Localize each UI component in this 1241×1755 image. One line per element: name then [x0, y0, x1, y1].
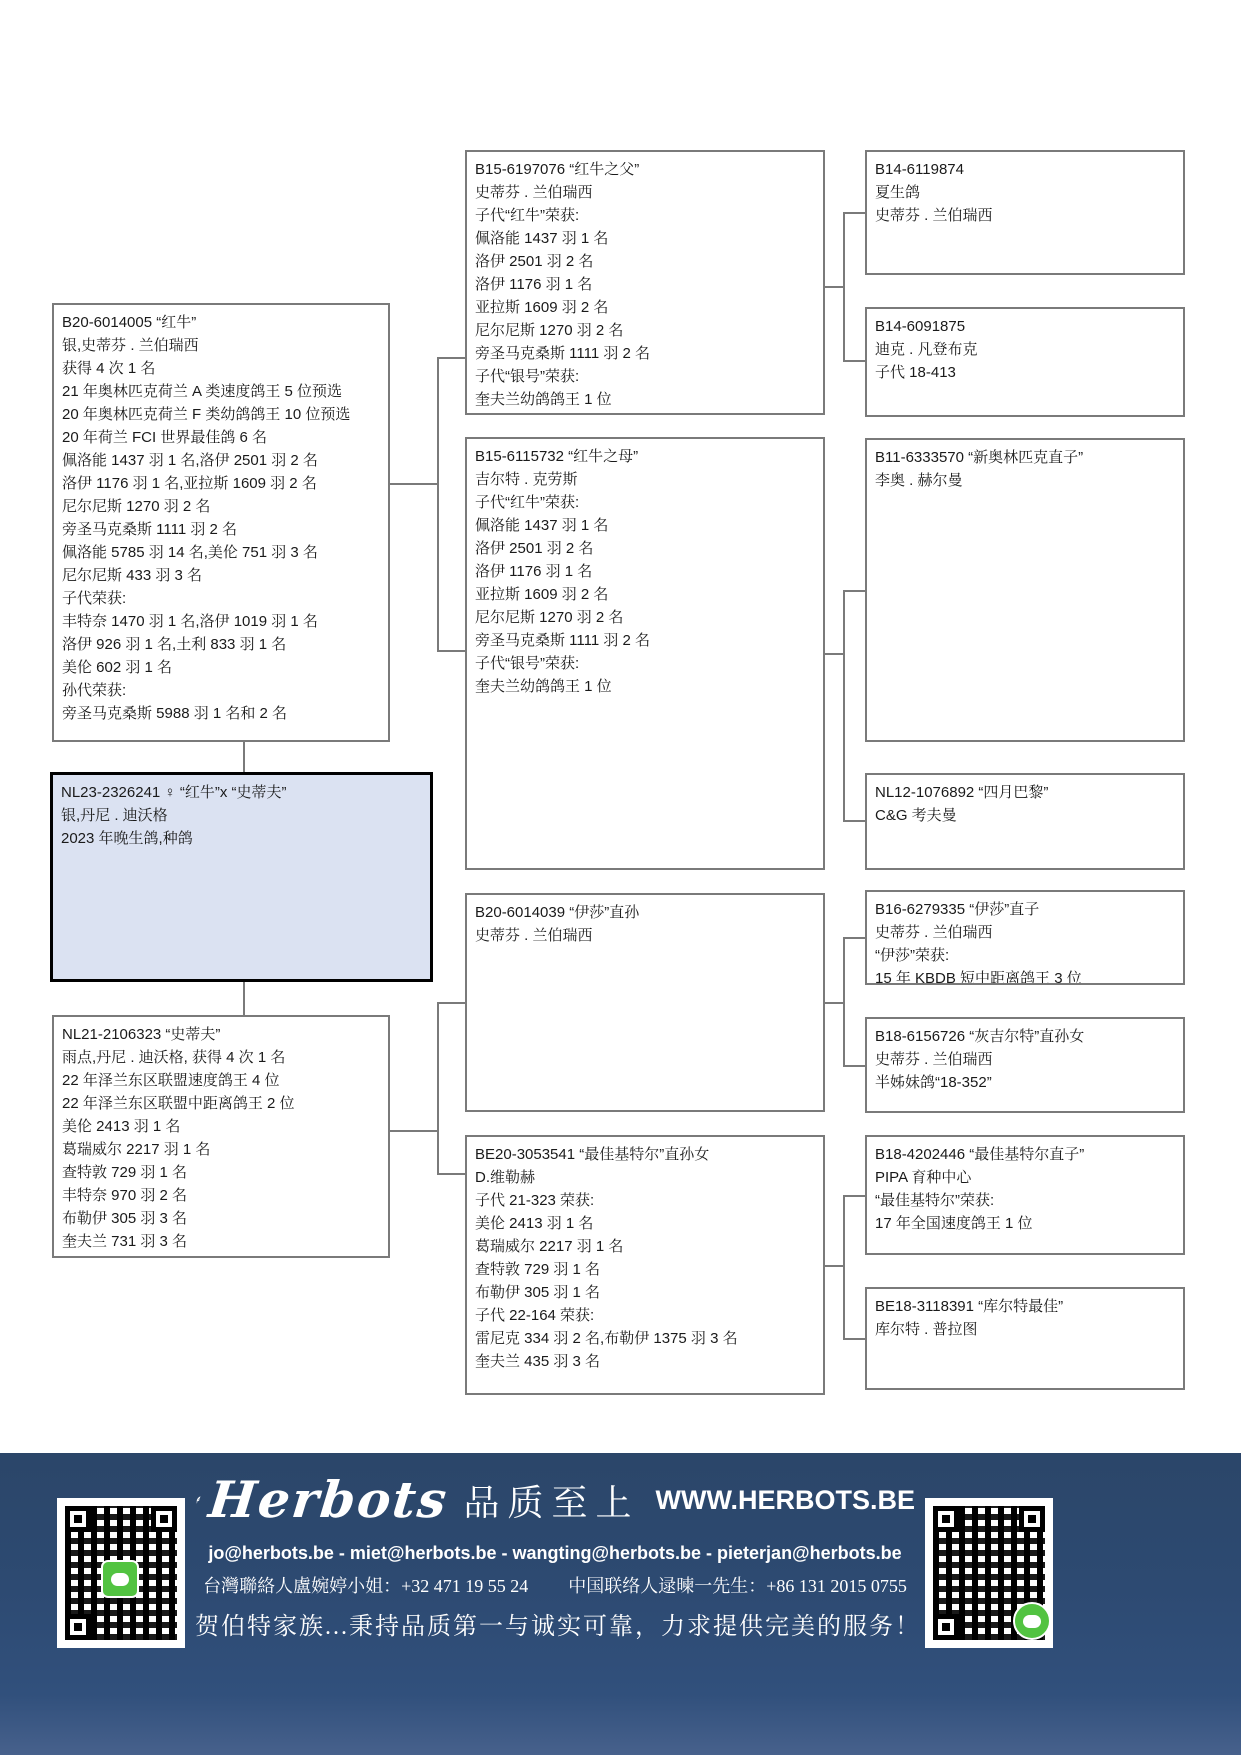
connector-line	[843, 1065, 865, 1067]
box-B11-6333570: B11-6333570 “新奥林匹克直子”李奥 . 赫尔曼	[865, 438, 1185, 742]
brand-slogan-cn: 品质至上	[464, 1475, 640, 1526]
email-addresses: jo@herbots.be - miet@herbots.be - wangti…	[195, 1543, 915, 1564]
connector-line	[843, 590, 845, 820]
box-B18-4202446: B18-4202446 “最佳基特尔直子”PIPA 育种中心“最佳基特尔”荣获:…	[865, 1135, 1185, 1255]
herbots-logo: Herbots	[206, 1475, 450, 1525]
box-subject-NL23-2326241: NL23-2326241 ♀ “红牛”x “史蒂夫”银,丹尼 . 迪沃格2023…	[50, 772, 433, 982]
box-BE20-3053541: BE20-3053541 “最佳基特尔”直孙女D.维勒赫子代 21-323 荣获…	[465, 1135, 825, 1395]
qr-finder-icon	[65, 1506, 91, 1532]
connector-line	[437, 1173, 465, 1175]
box-B20-6014005: B20-6014005 “红牛”银,史蒂芬 . 兰伯瑞西获得 4 次 1 名21…	[52, 303, 390, 742]
box-B14-6091875: B14-6091875迪克 . 凡登布克子代 18-413	[865, 307, 1185, 417]
pedigree-chart: B20-6014005 “红牛”银,史蒂芬 . 兰伯瑞西获得 4 次 1 名21…	[0, 0, 1241, 1755]
connector-line	[843, 1338, 865, 1340]
qr-code-icon	[925, 1498, 1053, 1648]
box-NL21-2106323: NL21-2106323 “史蒂夫”雨点,丹尼 . 迪沃格, 获得 4 次 1 …	[52, 1015, 390, 1258]
qr-code-icon	[57, 1498, 185, 1648]
connector-line	[437, 357, 439, 650]
connector-line	[437, 357, 465, 359]
connector-line	[843, 937, 845, 1065]
connector-line	[243, 742, 245, 772]
contact-taiwan: 台灣聯絡人盧婉婷小姐：+32 471 19 55 24	[203, 1572, 528, 1598]
connector-line	[243, 982, 245, 1015]
box-B20-6014039: B20-6014039 “伊莎”直孙史蒂芬 . 兰伯瑞西	[465, 893, 825, 1112]
box-B15-6115732: B15-6115732 “红牛之母”吉尔特 . 克劳斯子代“红牛”荣获:佩洛能 …	[465, 437, 825, 870]
connector-line	[843, 360, 865, 362]
connector-line	[843, 212, 865, 214]
line-chat-icon	[101, 1560, 139, 1598]
contact-china: 中国联络人逯暕一先生：+86 131 2015 0755	[568, 1572, 907, 1598]
chat-bubble-icon	[111, 1573, 129, 1586]
connector-line	[843, 1195, 865, 1197]
chat-bubble-icon	[1023, 1615, 1041, 1628]
qr-finder-icon	[933, 1506, 959, 1532]
connector-line	[390, 483, 437, 485]
connector-line	[825, 1002, 843, 1004]
box-B18-6156726: B18-6156726 “灰吉尔特”直孙女史蒂芬 . 兰伯瑞西半姊妹鸽“18-3…	[865, 1017, 1185, 1113]
qr-finder-icon	[1019, 1506, 1045, 1532]
contact-row: 台灣聯絡人盧婉婷小姐：+32 471 19 55 24 中国联络人逯暕一先生：+…	[195, 1572, 915, 1598]
connector-line	[843, 820, 865, 822]
footer-banner: Herbots 品质至上 WWW.HERBOTS.BE jo@herbots.b…	[0, 1453, 1241, 1755]
box-B15-6197076: B15-6197076 “红牛之父”史蒂芬 . 兰伯瑞西子代“红牛”荣获:佩洛能…	[465, 150, 825, 415]
connector-line	[825, 1265, 843, 1267]
website-url: WWW.HERBOTS.BE	[656, 1485, 915, 1516]
connector-line	[437, 1002, 465, 1004]
footer-content: Herbots 品质至上 WWW.HERBOTS.BE jo@herbots.b…	[195, 1465, 915, 1641]
connector-line	[825, 653, 843, 655]
box-B14-6119874: B14-6119874夏生鸽史蒂芬 . 兰伯瑞西	[865, 150, 1185, 275]
brand-row: Herbots 品质至上 WWW.HERBOTS.BE	[195, 1465, 915, 1535]
connector-line	[843, 212, 845, 360]
connector-line	[825, 286, 843, 288]
connector-line	[843, 590, 865, 592]
connector-line	[843, 1195, 845, 1338]
box-BE18-3118391: BE18-3118391 “库尔特最佳”库尔特 . 普拉图	[865, 1287, 1185, 1390]
box-B16-6279335: B16-6279335 “伊莎”直子史蒂芬 . 兰伯瑞西“伊莎”荣获:15 年 …	[865, 890, 1185, 985]
feather-icon	[188, 1479, 209, 1521]
connector-line	[390, 1130, 437, 1132]
qr-finder-icon	[65, 1614, 91, 1640]
wechat-icon	[1013, 1602, 1051, 1640]
connector-line	[843, 937, 865, 939]
family-slogan: 贺伯特家族...秉持品质第一与诚实可靠，力求提供完美的服务！	[195, 1606, 915, 1641]
connector-line	[437, 650, 465, 652]
qr-finder-icon	[933, 1614, 959, 1640]
connector-line	[437, 1002, 439, 1173]
qr-finder-icon	[151, 1506, 177, 1532]
box-NL12-1076892: NL12-1076892 “四月巴黎”C&G 考夫曼	[865, 773, 1185, 870]
